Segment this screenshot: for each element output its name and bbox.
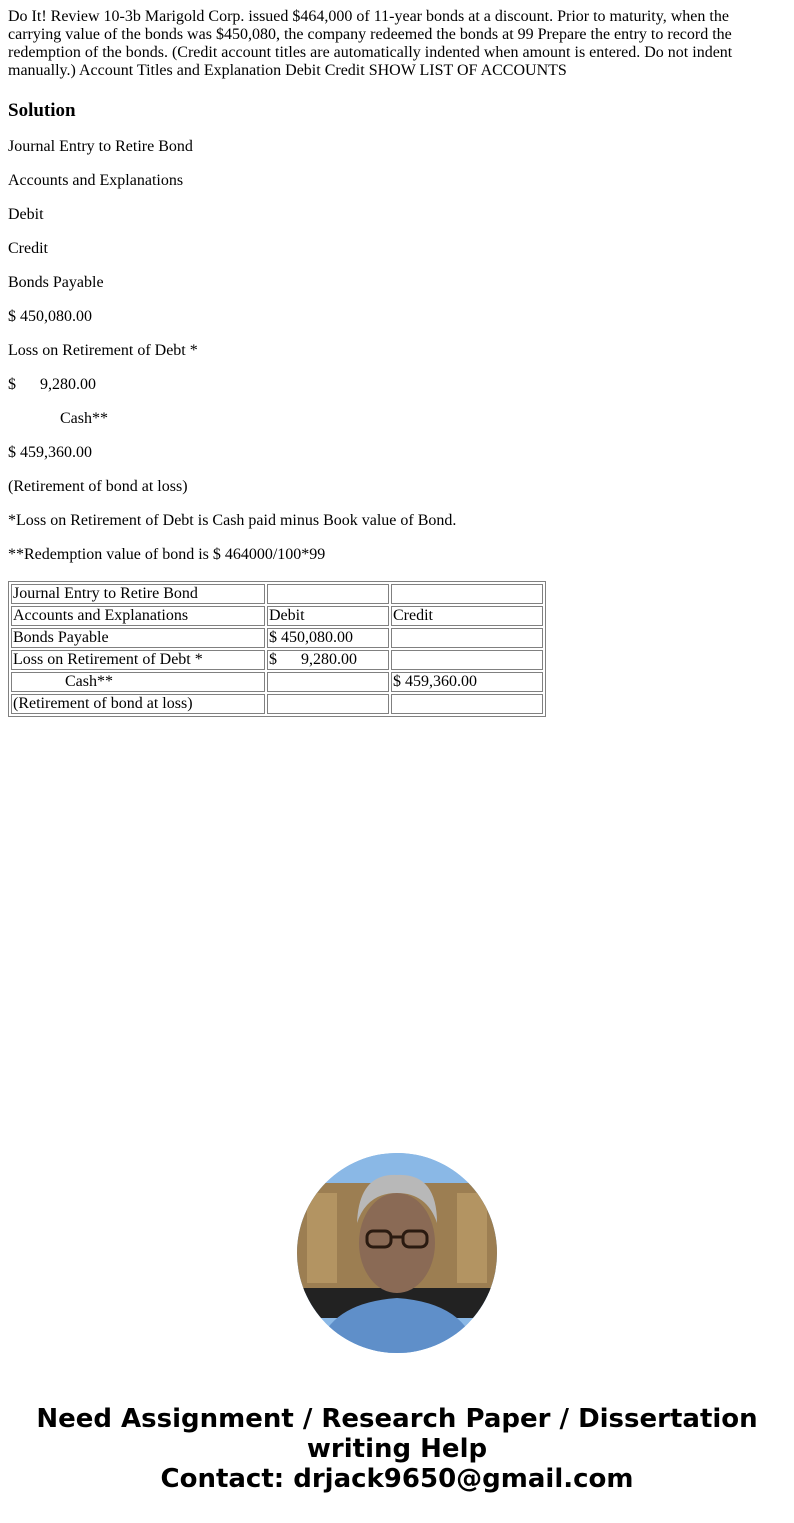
table-cell: Debit — [267, 606, 389, 626]
journal-entry-table: Journal Entry to Retire BondAccounts and… — [8, 581, 546, 717]
table-row: Bonds Payable$ 450,080.00 — [11, 628, 543, 648]
question-text: Do It! Review 10-3b Marigold Corp. issue… — [8, 8, 778, 80]
solution-paragraph: $ 450,080.00 — [8, 308, 778, 326]
table-cell: $ 450,080.00 — [267, 628, 389, 648]
table-cell: Loss on Retirement of Debt * — [11, 650, 265, 670]
solution-paragraph: Accounts and Explanations — [8, 172, 778, 190]
solution-paragraph: Credit — [8, 240, 778, 258]
table-cell: Cash** — [11, 672, 265, 692]
table-cell: Bonds Payable — [11, 628, 265, 648]
solution-paragraph: $ 459,360.00 — [8, 444, 778, 462]
table-cell — [391, 694, 543, 714]
document-body: Do It! Review 10-3b Marigold Corp. issue… — [8, 8, 778, 564]
table-row: Cash**$ 459,360.00 — [11, 672, 543, 692]
table-cell: Credit — [391, 606, 543, 626]
solution-paragraph: Journal Entry to Retire Bond — [8, 138, 778, 156]
solution-paragraph: **Redemption value of bond is $ 464000/1… — [8, 546, 778, 564]
table-row: (Retirement of bond at loss) — [11, 694, 543, 714]
table-cell — [391, 584, 543, 604]
table-cell: Journal Entry to Retire Bond — [11, 584, 265, 604]
solution-paragraph: Cash** — [8, 410, 778, 428]
solution-paragraph: Bonds Payable — [8, 274, 778, 292]
footer-line-2: writing Help — [0, 1434, 794, 1464]
solution-paragraph: Loss on Retirement of Debt * — [8, 342, 778, 360]
table-cell — [391, 650, 543, 670]
table-row: Accounts and ExplanationsDebitCredit — [11, 606, 543, 626]
author-avatar — [297, 1153, 497, 1353]
person-photo-avatar-icon — [297, 1153, 497, 1353]
table-cell — [267, 694, 389, 714]
table-cell — [267, 584, 389, 604]
table-cell — [267, 672, 389, 692]
footer-contact-email: Contact: drjack9650@gmail.com — [0, 1464, 794, 1494]
table-cell: Accounts and Explanations — [11, 606, 265, 626]
solution-paragraph: *Loss on Retirement of Debt is Cash paid… — [8, 512, 778, 530]
solution-paragraph: (Retirement of bond at loss) — [8, 478, 778, 496]
solution-heading: Solution — [8, 100, 778, 122]
table-cell: $ 459,360.00 — [391, 672, 543, 692]
table-cell — [391, 628, 543, 648]
table-row: Journal Entry to Retire Bond — [11, 584, 543, 604]
solution-paragraph: Debit — [8, 206, 778, 224]
table-cell: $ 9,280.00 — [267, 650, 389, 670]
solution-paragraphs: Journal Entry to Retire BondAccounts and… — [8, 138, 778, 564]
table-cell: (Retirement of bond at loss) — [11, 694, 265, 714]
table-row: Loss on Retirement of Debt *$ 9,280.00 — [11, 650, 543, 670]
solution-paragraph: $ 9,280.00 — [8, 376, 778, 394]
contact-footer: Need Assignment / Research Paper / Disse… — [0, 1404, 794, 1494]
footer-line-1: Need Assignment / Research Paper / Disse… — [0, 1404, 794, 1434]
